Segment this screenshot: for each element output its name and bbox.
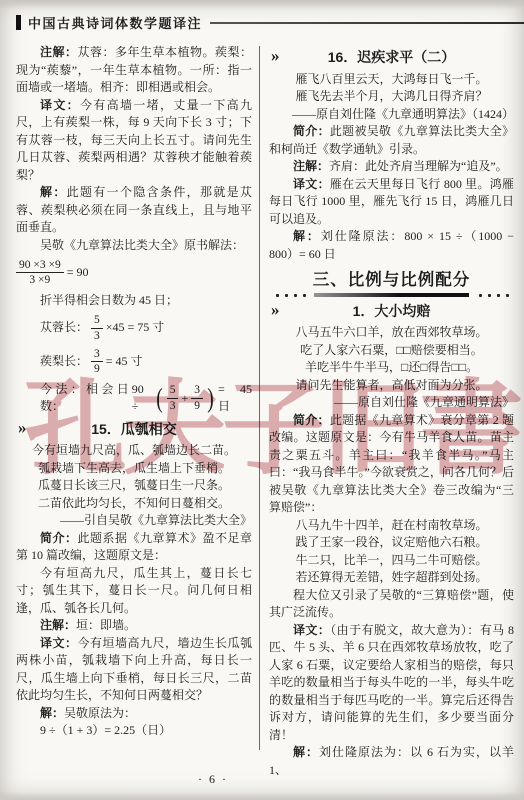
intro-label: 简介： (293, 124, 330, 138)
poem-1b: 八马九牛十四羊，赶在村南牧草场。 践了王家一段谷，议定赔他六石粮。 牛二只，比羊… (269, 517, 514, 587)
fraction-denominator: 3 (167, 399, 179, 413)
fraction-denominator: 3 ×9 (16, 273, 64, 287)
formula-jili: 蒺梨长： 39 = 45 寸 (40, 347, 252, 377)
chevrons-icon: » (271, 301, 278, 319)
poem-16: 雁飞八百里云天，大鸿每日飞一千。 雁飞先去半个月，大鸿几日得齐肩？ (269, 71, 514, 106)
verse-line: 牛二只，比羊一，四马二牛可赔偿。 (269, 552, 514, 570)
fraction-denominator: 9 (191, 399, 203, 413)
formula-operand: 90 ÷ (132, 381, 152, 416)
header-title: 中国古典诗词体数学题译注 (28, 13, 202, 32)
verse-line: 今有垣墙九尺高，瓜、瓠墙边长二苗。 (16, 442, 252, 460)
fraction-numerator: 90 ×3 ×9 (16, 258, 64, 273)
note-paragraph: 注解：苁蓉：多年生草本植物。蒺梨：现为“蒺藜”，一年生草本植物。一所：指一面墙或… (16, 44, 252, 97)
intro-paragraph: 简介：此题系据《九章算术》盈不足章第 10 篇改编，这题原文是： (16, 530, 252, 565)
section-heading-15: » 15．瓜瓠相交 (16, 421, 252, 440)
formula-result: = 45 寸 (106, 353, 143, 371)
poem-1: 八马五牛六口羊，放在西郊牧草场。 吃了人家六石粟，□□赔偿要相当。 羊吃半牛牛半… (269, 324, 514, 394)
verse-line: 八马五牛六口羊，放在西郊牧草场。 (269, 324, 514, 342)
chapter-rule (273, 293, 510, 298)
verse-line: 羊吃半牛牛半马，□还□得告□□。 (269, 359, 514, 377)
solution-label: 解： (40, 185, 67, 199)
verse-line: 瓜蔓日长该三尺，瓠蔓日生一尺条。 (16, 477, 252, 495)
note-paragraph: 注解：齐肩：此处齐肩当理解为“追及”。 (269, 158, 514, 176)
intro-paragraph: 简介：此题被吴敬《九章算法比类大全》和柯尚迁《数学通轨》引录。 (269, 123, 514, 158)
solution-text: 吴敬原法为： (64, 706, 136, 720)
solution-paragraph: 解：吴敬原法为： (16, 705, 252, 723)
note-label: 注解： (40, 618, 76, 632)
verse-line: 雁飞八百里云天，大鸿每日飞一千。 (269, 71, 514, 89)
section-title: 15．瓜瓠相交 (91, 421, 177, 437)
original-text-paragraph: 今有垣高九尺，瓜生其上，蔓日长七寸；瓠生其下，蔓日长一尺。问几何日相逢，瓜、瓠各… (16, 565, 252, 618)
fraction-denominator: 9 (91, 362, 103, 376)
formula-result: = 45 日 (218, 381, 252, 416)
chevrons-icon: » (271, 47, 278, 65)
verse-line: 请问先生能算者，高低对面为分张。 (269, 377, 514, 395)
translation-paragraph: 译文：今有高墙一堵，丈量一下高九尺，上有蒺梨一株，每 9 天向下长 3 寸；下有… (16, 97, 252, 185)
chapter-title: 三、比例与比例配分 (269, 272, 514, 290)
halving-line: 折半得相会日数为 45 日； (16, 292, 252, 310)
solution-paragraph: 解：刘仕隆原法为：以 6 石为实，以羊 1、 (269, 744, 514, 779)
right-column: » 16．迟疾求平（二） 雁飞八百里云天，大鸿每日飞一千。 雁飞先去半个月，大鸿… (269, 44, 516, 766)
translation-label: 译文： (293, 623, 330, 637)
section-title: 1．大小均赔 (353, 303, 431, 319)
chevrons-icon: » (18, 419, 25, 437)
chapter-header: 三、比例与比例配分 (269, 272, 514, 298)
verse-line: 瓠栽墙下生高去，瓜生墙上下垂梢。 (16, 460, 252, 478)
dots-decoration (476, 293, 510, 298)
verse-line: 吃了人家六石粟，□□赔偿要相当。 (269, 342, 514, 360)
translation-label: 译文： (40, 636, 78, 650)
fraction-numerator: 3 (91, 347, 103, 362)
formula-label: 苁蓉长： (40, 319, 88, 337)
verse-line: 雁飞先去半个月，大鸿几日得齐肩？ (269, 88, 514, 106)
attribution-line: ——引自吴敬《九章算法比类大全》 (16, 512, 252, 530)
left-column: 注解：苁蓉：多年生草本植物。蒺梨：现为“蒺藜”，一年生草本植物。一所：指一面墙或… (16, 44, 259, 766)
solution-paragraph: 解：此题有一个隐含条件，那就是苁蓉、蒺梨秧必须在同一条直线上，且与地平面垂直。 (16, 184, 252, 237)
dots-decoration (273, 293, 307, 298)
note-label: 注解： (40, 45, 78, 59)
section-heading-16: » 16．迟疾求平（二） (269, 49, 514, 68)
plus-operator: + (181, 390, 188, 408)
verse-line: 二苗依此均匀长，不知何日蔓相交。 (16, 495, 252, 513)
attribution-line: ——原自刘仕隆《九章通明算法》（1424） (269, 106, 514, 124)
solution-formula-line: 9 ÷（1 + 3）= 2.25（日） (16, 722, 252, 740)
formula-result: ×45 = 75 寸 (106, 319, 165, 337)
column-divider (259, 46, 260, 750)
attribution-line: ——原自刘仕隆《九章通明算法》 (269, 394, 514, 412)
formula-congrong: 苁蓉长： 53 ×45 = 75 寸 (40, 313, 252, 343)
page-header: 中国古典诗词体数学题译注 (16, 13, 524, 32)
intro-label: 简介： (293, 413, 330, 427)
formula-label: 今法：相会日数： (40, 381, 129, 416)
note-text: 齐肩：此处齐肩当理解为“追及”。 (329, 159, 508, 173)
solution-paragraph: 解：刘仕隆原法：800 × 15 ÷（1000 − 800）= 60 日 (269, 228, 514, 263)
book-page: 中国古典诗词体数学题译注 注解：苁蓉：多年生草本植物。蒺梨：现为“蒺藜”，一年生… (0, 0, 524, 800)
note-text: 垣：即墙。 (76, 618, 136, 632)
translation-text: （由于有脱文，故大意为）：有马 8 匹、牛 5 头、羊 6 只在西郊牧草场放牧，… (269, 623, 514, 742)
fraction: 39 (91, 347, 103, 377)
intro-text: 此题据《九章算术》衰分章第 2 题改编。这题原文是：今有牛马羊食人苗。苗主责之粟… (269, 413, 514, 515)
formula-result: = 90 (67, 264, 89, 282)
fraction-numerator: 5 (91, 313, 103, 328)
header-rule (210, 22, 524, 24)
solution-label: 解： (293, 745, 319, 759)
note-paragraph: 注解：垣：即墙。 (16, 617, 252, 635)
solution-label: 解： (40, 706, 64, 720)
fraction-denominator: 3 (91, 329, 103, 343)
header-bar-icon (16, 15, 21, 30)
fraction: 53 (167, 383, 179, 413)
solution-label: 解： (293, 229, 321, 243)
formula-label: 蒺梨长： (40, 353, 88, 371)
rule-line (314, 293, 469, 297)
translation-paragraph: 译文：今有垣墙高九尺，墙边生长瓜瓠两株小苗，瓠栽墙下向上升高，每日长一尺，瓜生墙… (16, 635, 252, 705)
translation-paragraph: 译文：雁在云天里每日飞行 800 里。鸿雁每日飞行 1000 里，雁先飞行 15… (269, 176, 514, 229)
verse-line: 若还算得无差错，姓字超群到处扬。 (269, 569, 514, 587)
verse-line: 八马九牛十四羊，赶在村南牧草场。 (269, 517, 514, 535)
fraction-numerator: 3 (191, 383, 203, 398)
intro-label: 简介： (40, 531, 78, 545)
translation-label: 译文： (293, 177, 330, 191)
translation-label: 译文： (40, 98, 80, 112)
page-number: · 6 · (198, 772, 228, 787)
source-line: 吴敬《九章算法比类大全》原书解法： (16, 237, 252, 255)
fraction-numerator: 5 (167, 383, 179, 398)
note-label: 注解： (293, 159, 329, 173)
verse-line: 践了王家一段谷，议定赔他六石粮。 (269, 534, 514, 552)
intro-paragraph: 简介：此题据《九章算术》衰分章第 2 题改编。这题原文是：今有牛马羊食人苗。苗主… (269, 412, 514, 517)
section-heading-1: » 1．大小均赔 (269, 303, 514, 322)
formula-modern: 今法：相会日数： 90 ÷ ( 53 + 39 ) = 45 日 (40, 381, 252, 416)
fraction: 53 (91, 313, 103, 343)
formula-main: 90 ×3 ×93 ×9 = 90 (16, 258, 252, 288)
section-title: 16．迟疾求平（二） (328, 49, 456, 65)
poem-15: 今有垣墙九尺高，瓜、瓠墙边长二苗。 瓠栽墙下生高去，瓜生墙上下垂梢。 瓜蔓日长该… (16, 442, 252, 512)
fraction: 90 ×3 ×93 ×9 (16, 258, 64, 288)
fraction: 39 (191, 383, 203, 413)
two-column-body: 注解：苁蓉：多年生草本植物。蒺梨：现为“蒺藜”，一年生草本植物。一所：指一面墙或… (16, 44, 516, 766)
translation-paragraph: 译文：（由于有脱文，故大意为）：有马 8 匹、牛 5 头、羊 6 只在西郊牧草场… (269, 622, 514, 745)
commentary-paragraph: 程大位又引录了吴敬的“三算赔偿”题，使其广泛流传。 (269, 587, 514, 622)
